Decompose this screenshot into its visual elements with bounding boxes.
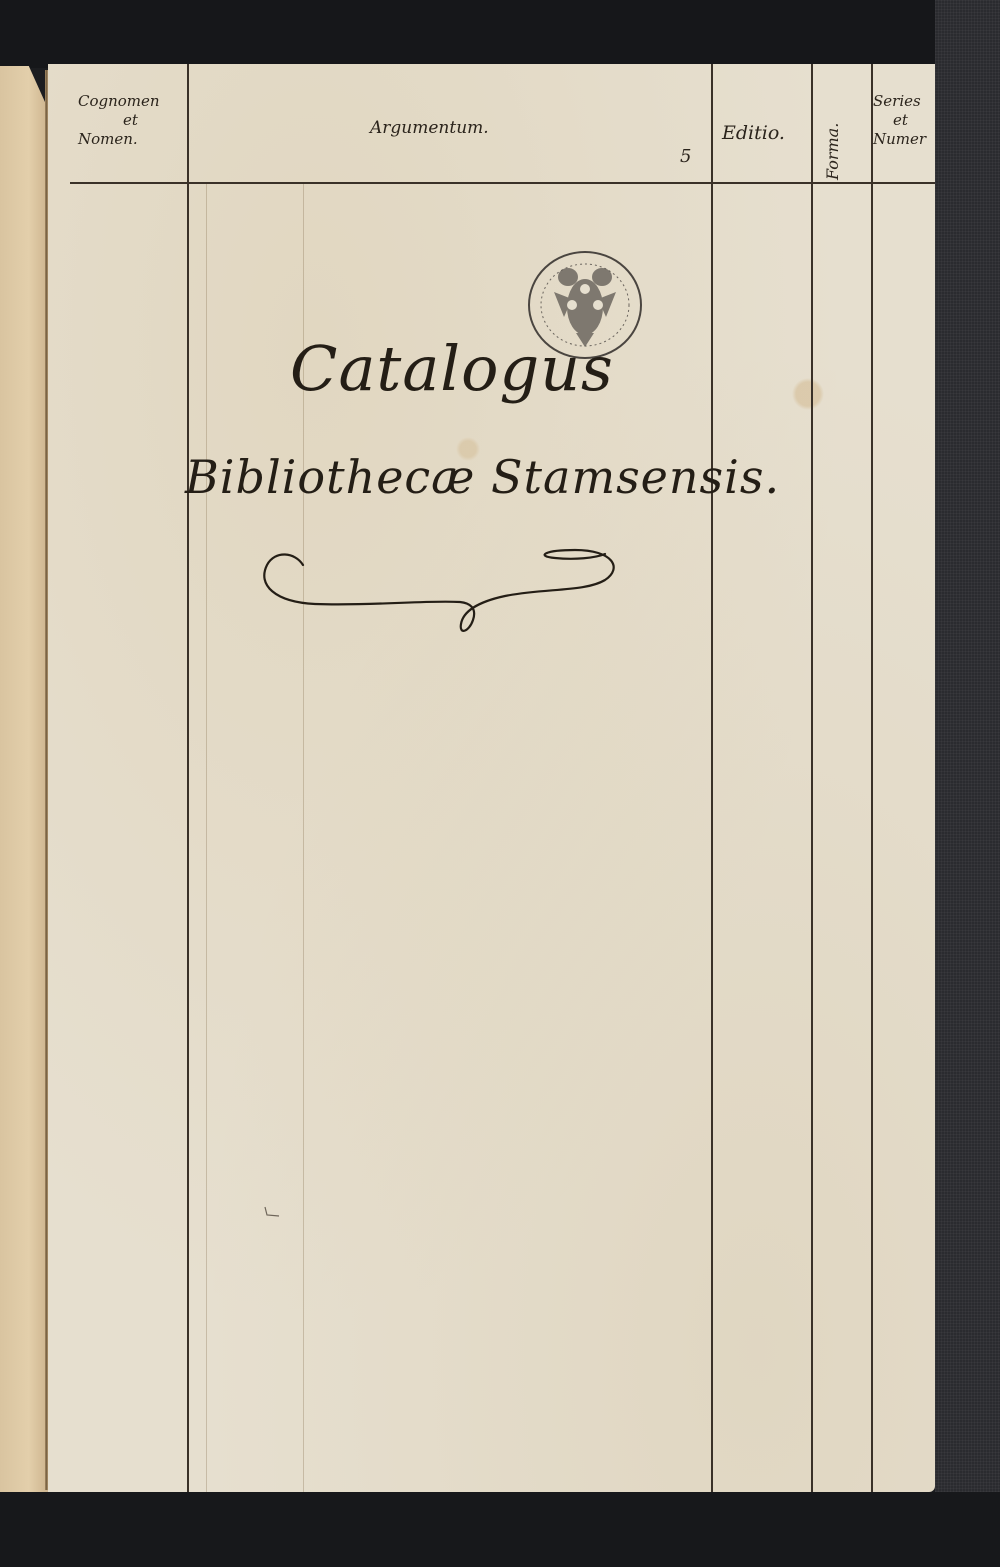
header-series-et-numer: Series et Numer — [873, 92, 935, 149]
facing-page-edge — [0, 66, 48, 1492]
cloth-backdrop-right — [935, 0, 1000, 1567]
header-line: Series — [873, 92, 935, 111]
header-argumentum: Argumentum. — [370, 118, 489, 138]
header-line: Numer — [873, 130, 935, 149]
manuscript-page — [48, 64, 935, 1492]
backdrop-bottom — [0, 1492, 1000, 1567]
pencil-mark-icon — [262, 1204, 282, 1220]
title-catalogus: Catalogus — [290, 332, 614, 405]
header-line: Nomen. — [78, 130, 183, 149]
header-rule — [70, 182, 935, 184]
header-line: et — [873, 111, 935, 130]
backdrop-top — [0, 0, 1000, 68]
page-number: 5 — [680, 146, 691, 167]
calligraphic-flourish-icon — [255, 540, 635, 640]
column-rule-3 — [811, 64, 813, 1492]
column-rule-2 — [711, 64, 713, 1492]
header-line: Cognomen — [78, 92, 183, 111]
header-forma: Forma. — [823, 100, 842, 180]
header-cognomen-et-nomen: Cognomen et Nomen. — [78, 92, 183, 149]
title-bibliothecae-stamsensis: Bibliothecæ Stamsensis. — [185, 450, 780, 504]
header-editio: Editio. — [722, 122, 785, 144]
faint-ruling-1 — [206, 184, 207, 1492]
column-rule-1 — [187, 64, 189, 1492]
column-rule-4 — [871, 64, 873, 1492]
header-line: et — [78, 111, 183, 130]
